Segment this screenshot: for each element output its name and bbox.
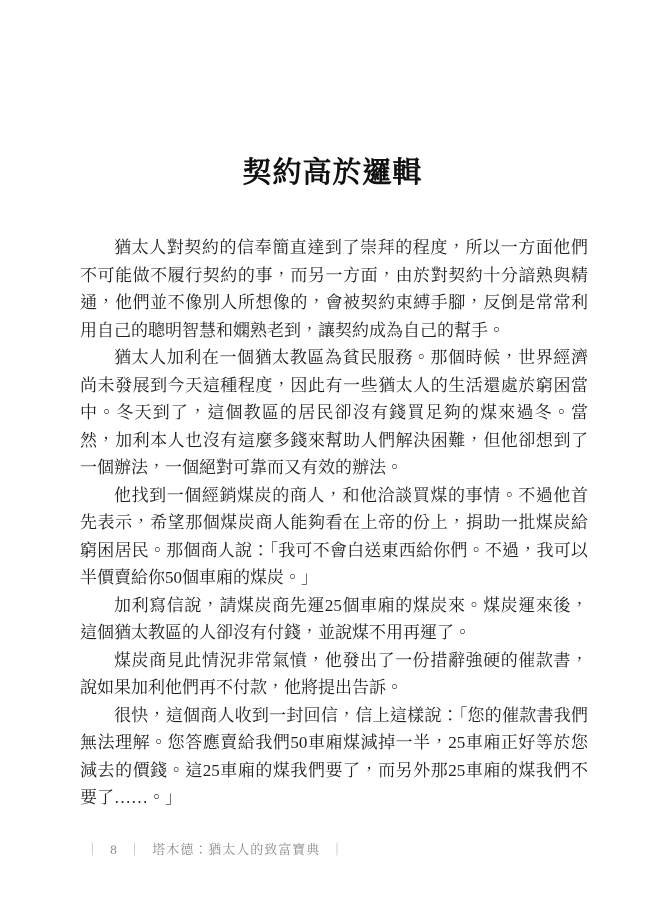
footer-divider: ｜ [86, 842, 100, 857]
paragraph: 猶太人加利在一個猶太教區為貧民服務。那個時候，世界經濟尚未發展到今天這種程度，因… [80, 344, 588, 482]
paragraph: 猶太人對契約的信奉簡直達到了崇拜的程度，所以一方面他們不可能做不履行契約的事，而… [80, 234, 588, 344]
book-page: 契約高於邏輯 猶太人對契約的信奉簡直達到了崇拜的程度，所以一方面他們不可能做不履… [0, 0, 665, 900]
paragraph: 加利寫信說，請煤炭商先運25個車廂的煤炭來。煤炭運來後，這個猶太教區的人卻沒有付… [80, 592, 588, 647]
body-text: 猶太人對契約的信奉簡直達到了崇拜的程度，所以一方面他們不可能做不履行契約的事，而… [80, 234, 588, 812]
paragraph: 他找到一個經銷煤炭的商人，和他洽談買煤的事情。不過他首先表示，希望那個煤炭商人能… [80, 482, 588, 592]
page-number: 8 [110, 842, 118, 857]
paragraph: 很快，這個商人收到一封回信，信上這樣說：「您的催款書我們無法理解。您答應賣給我們… [80, 702, 588, 812]
footer-divider: ｜ [331, 842, 345, 857]
book-title: 塔木德：猶太人的致富寶典 [152, 842, 320, 857]
chapter-title: 契約高於邏輯 [0, 0, 665, 191]
paragraph: 煤炭商見此情況非常氣憤，他發出了一份措辭強硬的催款書，說如果加利他們再不付款，他… [80, 647, 588, 702]
footer-divider: ｜ [128, 842, 142, 857]
page-footer: ｜ 8 ｜ 塔木德：猶太人的致富寶典 ｜ [80, 839, 351, 858]
